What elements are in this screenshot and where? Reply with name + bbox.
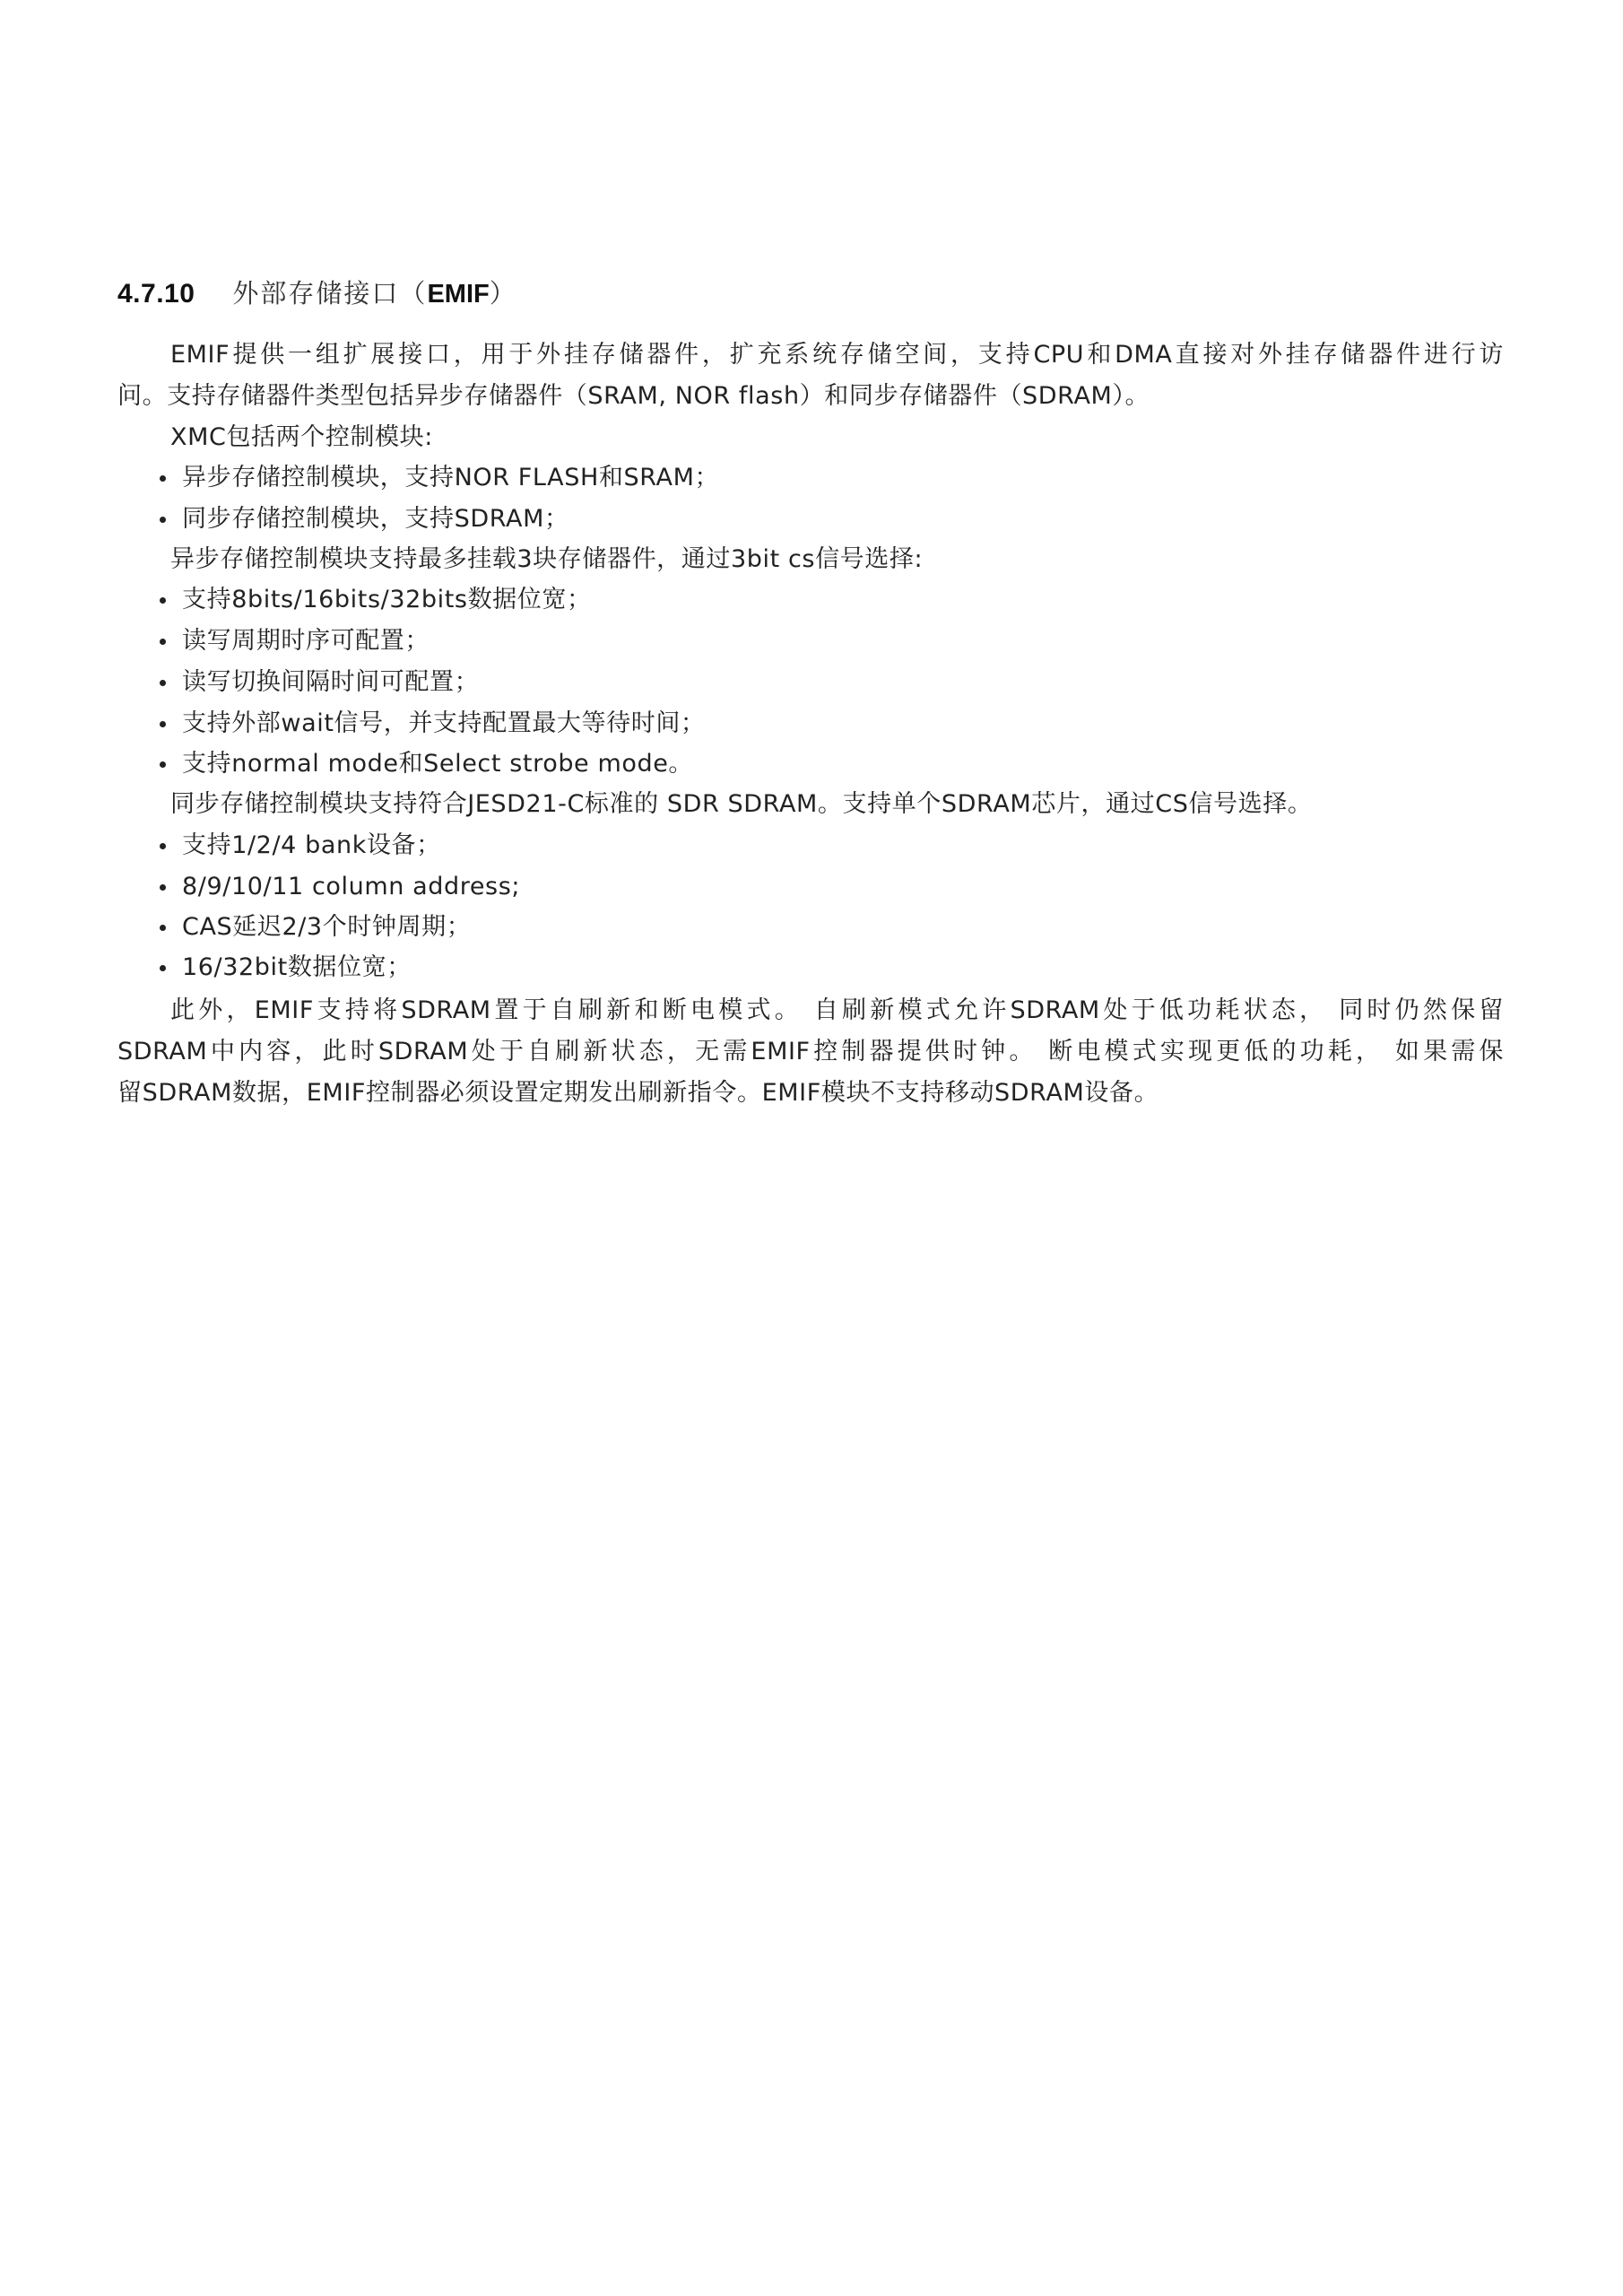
bullet-icon [160, 884, 166, 891]
section-heading: 4.7.10 外部存储接口（EMIF） [117, 274, 517, 309]
bullet-icon [160, 965, 166, 971]
section-number: 4.7.10 [117, 279, 195, 309]
bullet-icon [160, 843, 166, 849]
list-item: 读写周期时序可配置； [160, 623, 430, 659]
bullet-icon [160, 475, 166, 482]
list-item: 8/9/10/11 column address; [160, 869, 520, 905]
bullet-icon [160, 761, 166, 768]
list-item: 支持normal mode和Select strobe mode。 [160, 746, 693, 782]
xmc-intro: XMC包括两个控制模块: [170, 420, 433, 456]
list-item: 同步存储控制模块，支持SDRAM； [160, 501, 569, 537]
bullet-icon [160, 517, 166, 523]
bullet-icon [160, 680, 166, 686]
paragraph-1-line-1: EMIF提供一组扩展接口，用于外挂存储器件，扩充系统存储空间，支持CPU和DMA… [170, 337, 1504, 373]
list-item: 16/32bit数据位宽； [160, 950, 412, 986]
list-item: 支持8bits/16bits/32bits数据位宽； [160, 582, 592, 618]
bullet-icon [160, 721, 166, 727]
list-item: 支持外部wait信号，并支持配置最大等待时间； [160, 706, 706, 742]
bullet-icon [160, 597, 166, 604]
list-item: CAS延迟2/3个时钟周期； [160, 909, 471, 945]
document-page: 4.7.10 外部存储接口（EMIF） EMIF提供一组扩展接口，用于外挂存储器… [0, 0, 1623, 2296]
async-intro: 异步存储控制模块支持最多挂载3块存储器件，通过3bit cs信号选择: [170, 542, 923, 578]
bullet-icon [160, 925, 166, 931]
sync-intro: 同步存储控制模块支持符合JESD21-C标准的 SDR SDRAM。支持单个SD… [170, 787, 1312, 822]
final-paragraph-line-3: 留SDRAM数据，EMIF控制器必须设置定期发出刷新指令。EMIF模块不支持移动… [117, 1075, 1159, 1111]
list-item: 读写切换间隔时间可配置； [160, 665, 479, 700]
paragraph-1-line-2: 问。支持存储器件类型包括异步存储器件（SRAM, NOR flash）和同步存储… [117, 378, 1150, 414]
final-paragraph-line-2: SDRAM中内容，此时SDRAM处于自刷新状态，无需EMIF控制器提供时钟。 断… [117, 1034, 1504, 1070]
bullet-icon [160, 639, 166, 645]
section-title: 外部存储接口（EMIF） [232, 274, 516, 310]
list-item: 异步存储控制模块，支持NOR FLASH和SRAM； [160, 460, 719, 496]
final-paragraph-line-1: 此外，EMIF支持将SDRAM置于自刷新和断电模式。 自刷新模式允许SDRAM处… [170, 993, 1504, 1029]
list-item: 支持1/2/4 bank设备； [160, 828, 441, 864]
